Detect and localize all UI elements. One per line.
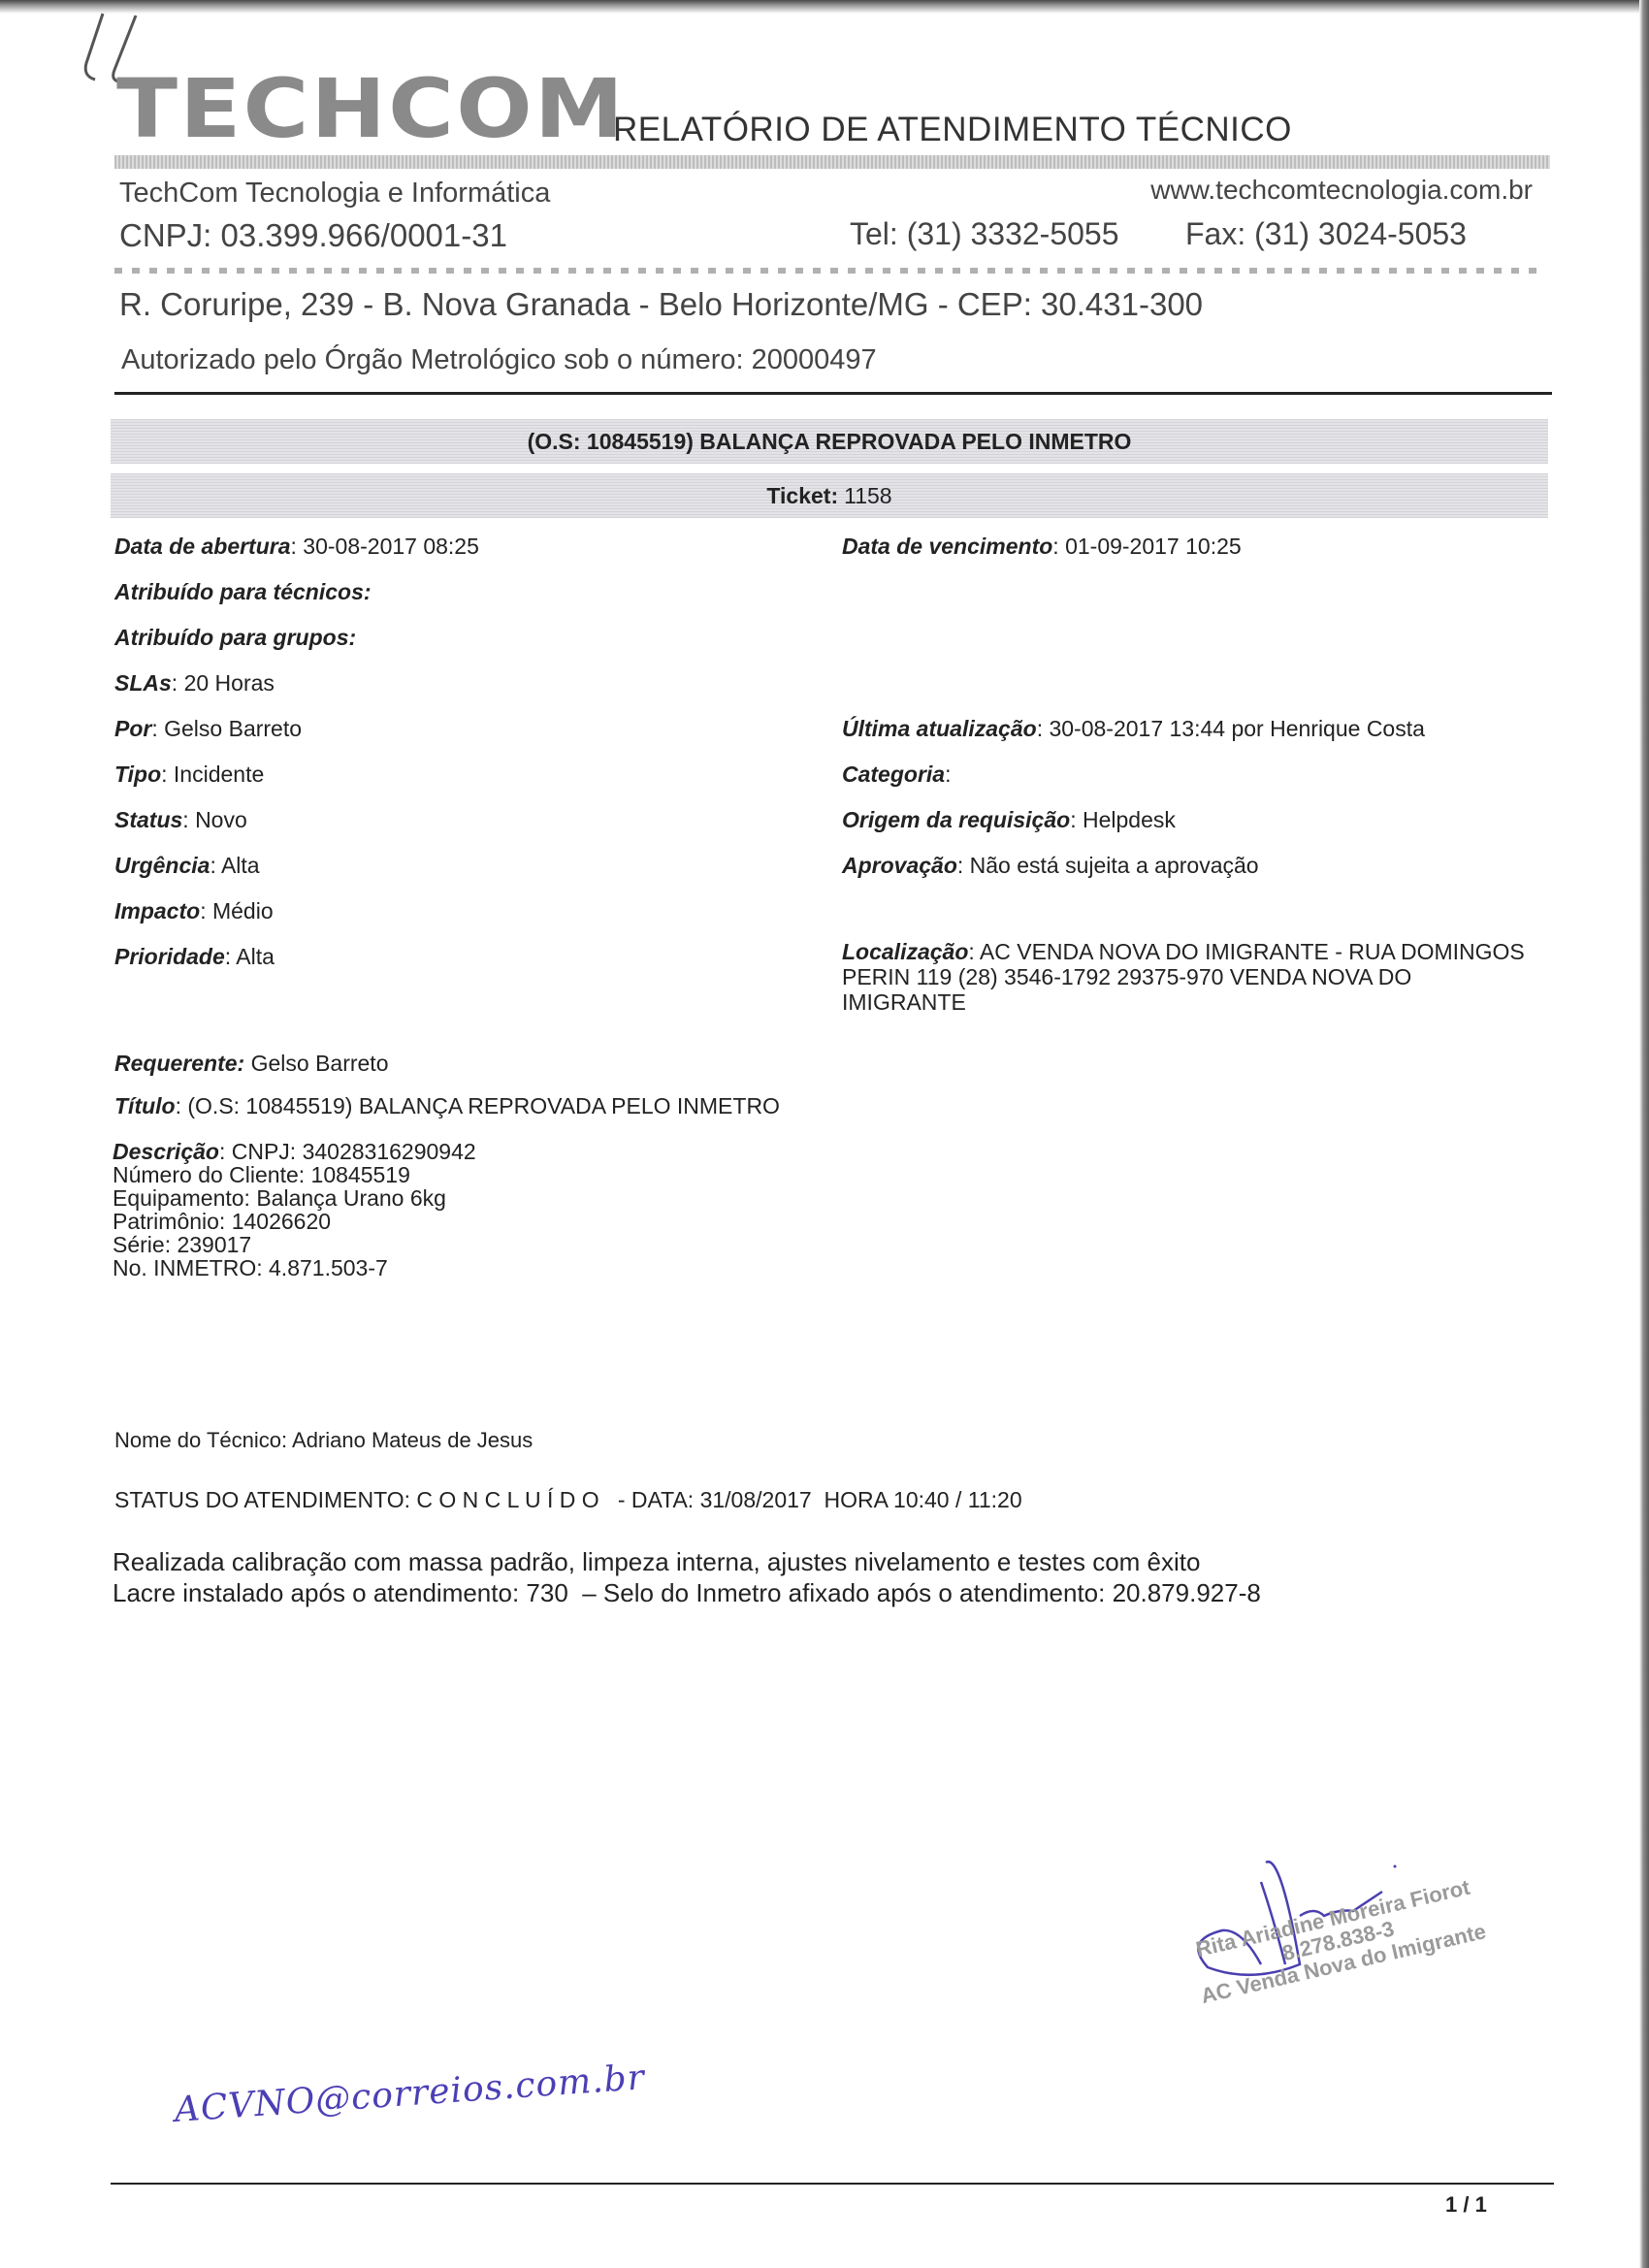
field-status: Status: Novo xyxy=(114,807,247,833)
field-prioridade: Prioridade: Alta xyxy=(114,944,275,970)
descricao-patrimonio: Patrimônio: 14026620 xyxy=(113,1210,476,1233)
scan-right-edge xyxy=(1639,0,1649,2268)
page-number: 1 / 1 xyxy=(1445,2192,1487,2218)
ticket-title-bar: (O.S: 10845519) BALANÇA REPROVADA PELO I… xyxy=(111,419,1548,464)
field-slas: SLAs: 20 Horas xyxy=(114,670,275,697)
field-data-abertura: Data de abertura: 30-08-2017 08:25 xyxy=(114,534,479,560)
descricao-inmetro: No. INMETRO: 4.871.503-7 xyxy=(113,1256,476,1280)
dotted-divider xyxy=(114,268,1540,274)
ticket-title: (O.S: 10845519) BALANÇA REPROVADA PELO I… xyxy=(528,429,1132,455)
field-ultima-atualizacao: Última atualização: 30-08-2017 13:44 por… xyxy=(842,716,1425,742)
descricao-equipamento: Equipamento: Balança Urano 6kg xyxy=(113,1186,476,1210)
header-divider xyxy=(114,155,1550,169)
footer-rule xyxy=(111,2183,1554,2185)
company-website: www.techcomtecnologia.com.br xyxy=(1150,175,1533,206)
service-status: STATUS DO ATENDIMENTO: C O N C L U Í D O… xyxy=(114,1487,1022,1513)
field-localizacao: Localização: AC VENDA NOVA DO IMIGRANTE … xyxy=(842,939,1540,1015)
field-por: Por: Gelso Barreto xyxy=(114,716,302,742)
scan-top-edge xyxy=(0,0,1649,14)
report-title: RELATÓRIO DE ATENDIMENTO TÉCNICO xyxy=(613,111,1292,149)
field-tipo: Tipo: Incidente xyxy=(114,761,264,788)
field-atribuido-grupos: Atribuído para grupos: xyxy=(114,625,356,651)
field-descricao: Descrição: CNPJ: 34028316290942 Número d… xyxy=(113,1140,476,1280)
field-requerente: Requerente: Gelso Barreto xyxy=(114,1051,389,1077)
company-phone: Tel: (31) 3332-5055 xyxy=(850,216,1119,252)
descricao-cliente: Número do Cliente: 10845519 xyxy=(113,1163,476,1186)
descricao-serie: Série: 239017 xyxy=(113,1233,476,1256)
field-urgencia: Urgência: Alta xyxy=(114,853,260,879)
field-titulo: Título: (O.S: 10845519) BALANÇA REPROVAD… xyxy=(114,1093,780,1119)
company-name: TechCom Tecnologia e Informática xyxy=(119,178,550,210)
ticket-number-bar: Ticket: 1158 xyxy=(111,473,1548,518)
technician-name: Nome do Técnico: Adriano Mateus de Jesus xyxy=(114,1428,533,1453)
field-data-vencimento: Data de vencimento: 01-09-2017 10:25 xyxy=(842,534,1242,560)
ticket-number: 1158 xyxy=(844,483,891,509)
handwritten-email: ACVNO@correios.com.br xyxy=(174,2057,647,2130)
company-fax: Fax: (31) 3024-5053 xyxy=(1185,216,1467,252)
ticket-label: Ticket: xyxy=(766,483,838,509)
field-origem-requisicao: Origem da requisição: Helpdesk xyxy=(842,807,1176,833)
service-work-performed: Realizada calibração com massa padrão, l… xyxy=(113,1546,1261,1608)
field-atribuido-tecnicos: Atribuído para técnicos: xyxy=(114,579,372,605)
metrology-authorization: Autorizado pelo Órgão Metrológico sob o … xyxy=(121,344,877,376)
techcom-logo: TECHCOM xyxy=(116,68,626,149)
field-categoria: Categoria: xyxy=(842,761,951,788)
field-aprovacao: Aprovação: Não está sujeita a aprovação xyxy=(842,853,1259,879)
header-rule xyxy=(114,392,1552,395)
company-address: R. Coruripe, 239 - B. Nova Granada - Bel… xyxy=(119,286,1203,323)
company-cnpj: CNPJ: 03.399.966/0001-31 xyxy=(119,217,507,254)
field-impacto: Impacto: Médio xyxy=(114,898,274,924)
